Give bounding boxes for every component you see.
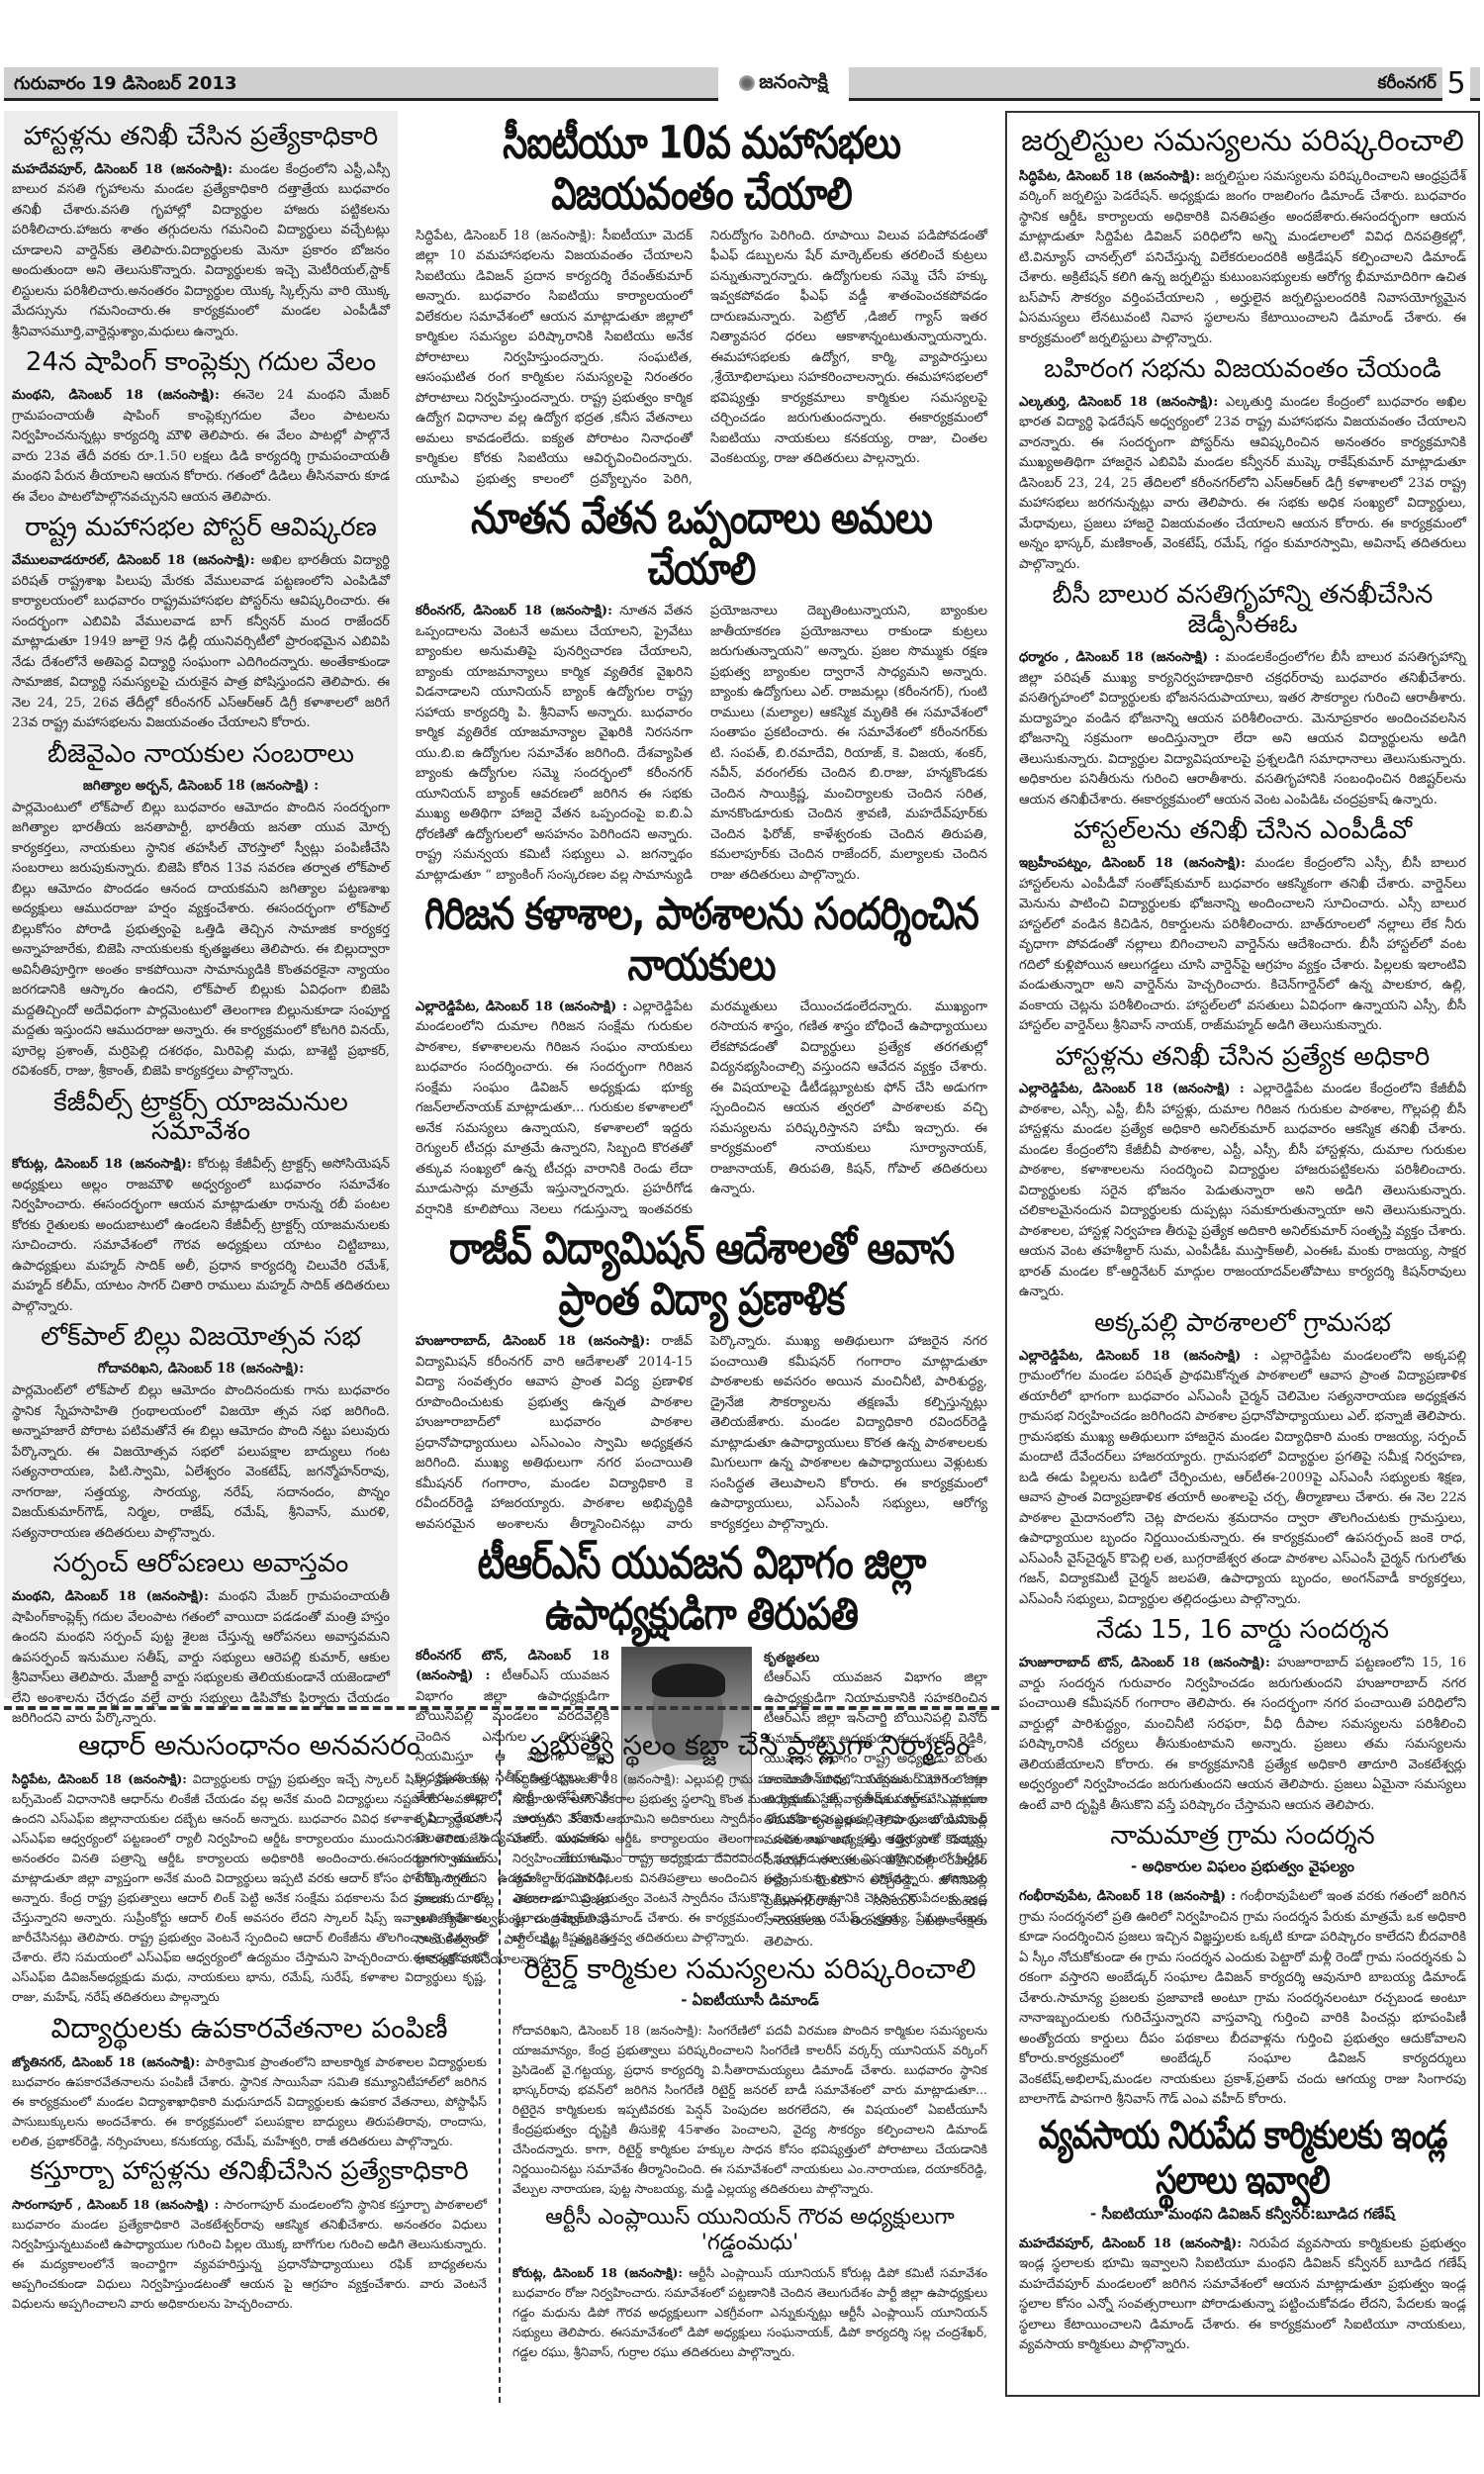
headline: విద్యార్థులకు ఉపకారవేతనాల పంపిణీ [12,2013,487,2045]
dateline: ఇబ్రహీంపట్నం, డిసెంబర్ 18 (జనంసాక్షి): [1019,856,1246,871]
right-column: జర్నలిస్టుల సమస్యలను పరిష్కరించాలి సిద్ధ… [1005,111,1480,2397]
bottom-left-column: ఆధార్ అనుసంధానం అనవసరం సిద్ధిపేట, డిసెంబ… [4,1720,495,2403]
dateline: జ్యోతినగర్, డిసెంబర్ 18 (జనంసాక్షి): [12,2054,200,2069]
article-body: పార్లమెంటులో లోక్‌పాల్ బిల్లు బుధవారం ఆమ… [12,799,390,1083]
dateline: గంభీరావుపేట, డిసెంబర్ 18 (జనంసాక్షి) : [1019,1889,1236,1904]
article-house-sites: వ్యవసాయ నిరుపేద కార్మికులకు ఇండ్ల స్థలాల… [1019,2125,1466,2356]
dateline: కోరుట్ల, డిసెంబర్ 18 (జనంసాక్షి): [12,1157,192,1172]
article-rtc-union: ఆర్టీసీ ఎంప్లాయిస్ యునియన్ గౌరవ అధ్యక్షు… [512,2205,987,2362]
article-body: పార్లమెంట్‌లో లోక్‌పాల్ బిల్లు ఆమోదం పొం… [12,1381,390,1544]
dateline: మంథని, డిసెంబర్ 18 (జనంసాక్షి): [12,388,220,403]
headline: నామమాత్ర గ్రామ సందర్శన [1019,1822,1466,1852]
headline: ఆధార్ అనుసంధానం అనవసరం [12,1730,487,1761]
headline: కస్తూర్బా హాస్టళ్లను తనిఖీచేసిన ప్రత్యేక… [12,2157,487,2187]
article-sarpanch-allegations: సర్పంచ్ ఆరోపణలు అవాస్తవం మంథని, డిసెంబర్… [12,1550,390,1729]
article-body: సిద్ధిపేట, డిసెంబర్ 18 (జనంసాక్షి): విద్… [12,1769,487,2007]
article-body: మహదేవపూర్, డిసెంబర్ 18 (జనంసాక్షి): నిరు… [1019,2235,1466,2356]
headline: సీఐటీయూ 10వ మహాసభలు విజయవంతం చేయాలి [416,119,987,221]
headline: హాస్టళ్లను తనిఖీ చేసిన ప్రత్యేక అధికారి [1019,1043,1466,1073]
dateline: మహదేవపూర్, డిసెంబర్ 18 (జనంసాక్షి): [1019,2236,1242,2251]
headline: బీసీ బాలుర వసతిగృహాన్ని తనఖీచేసిన జెడ్పీ… [1019,581,1466,640]
article-citu-conference: సీఐటీయూ 10వ మహాసభలు విజయవంతం చేయాలి సిద్… [416,129,987,490]
logo-text: జనంసాక్షి [759,69,828,98]
headline: రాష్ట్ర మహాసభల పోస్టర్ ఆవిష్కరణ [12,514,390,543]
dateline: సిద్ధిపేట, డిసెంబర్ 18 (జనంసాక్షి): [512,1771,680,1786]
article-journalists-issues: జర్నలిస్టుల సమస్యలను పరిష్కరించాలి సిద్ధ… [1019,125,1466,349]
bottom-right-column: ప్రభుత్వ స్థలం కబ్జా చేసి ప్లాట్లుగా నిర… [505,1720,995,2403]
dateline: హుజూరాబాద్ టౌన్, డిసెంబర్ 18 (జనంసాక్షి)… [1019,1656,1270,1670]
article-body: హుజూరాబాద్ టౌన్, డిసెంబర్ 18 (జనంసాక్షి)… [1019,1654,1466,1816]
article-body: గంభీరావుపేట, డిసెంబర్ 18 (జనంసాక్షి) : గ… [1019,1887,1466,2111]
subhead-thanks: కృతజ్ఞతలు [764,1651,819,1665]
article-tractor-owners-meeting: కేజీవీల్స్ ట్రాక్టర్స్ యాజమనుల సమావేశం క… [12,1089,390,1318]
logo-emblem-icon [739,75,755,91]
dateline: వేములవాడరూరల్, డిసెంబర్ 18 (జనంసాక్షి): [12,553,255,568]
article-ward-visit: నేడు 15, 16 వార్డు సందర్శన హుజూరాబాద్ టౌ… [1019,1616,1466,1816]
headline: వ్యవసాయ నిరుపేద కార్మికులకు ఇండ్ల స్థలాల… [1019,2114,1466,2203]
edition-city: కరీంనగర్ [1378,73,1438,97]
headline: రాజీవ్ విద్యామిషన్ ఆదేశాలతో ఆవాస ప్రాంత … [416,1224,987,1326]
article-body: కరీంనగర్, డిసెంబర్ 18 (జనంసాక్షి): నూతన … [416,602,987,886]
article-poster-launch: రాష్ట్ర మహాసభల పోస్టర్ ఆవిష్కరణ వేములవాడ… [12,514,390,733]
article-body: ఎల్లారెడ్డిపేట, డిసెంబర్ 18 (జనంసాక్షి) … [416,998,987,1221]
article-mpdo-hostel-inspection: హాస్టల్‌లను తనిఖీ చేసిన ఎంపీడీవో ఇబ్రహీం… [1019,816,1466,1036]
article-lokpal-celebration: లోక్‌పాల్ బిల్లు విజయోత్సవ సభ గోదావరిఖని… [12,1323,390,1544]
dateline: ధర్మారం , డిసెంబర్ 18 (జనంసాక్షి) : [1019,650,1220,665]
article-body: సిద్ధిపేట, డిసెంబర్ 18 (జనంసాక్షి): జర్న… [1019,167,1466,350]
article-aadhaar-linkage: ఆధార్ అనుసంధానం అనవసరం సిద్ధిపేట, డిసెంబ… [12,1730,487,2007]
article-nominal-village-visit: నామమాత్ర గ్రామ సందర్శన - అధికారుల విఫలం … [1019,1822,1466,2110]
article-body: వేములవాడరూరల్, డిసెంబర్ 18 (జనంసాక్షి): … [12,551,390,734]
article-body: ఎల్లారెడ్డిపేట, డిసెంబర్ 18 (జనంసాక్షి) … [1019,1080,1466,1303]
article-body: హుజూరాబాద్, డిసెంబర్ 18 (జనంసాక్షి): రాజ… [416,1332,987,1535]
dateline: ఎల్లారెడ్డిపేట, డిసెంబర్ 18 (జనంసాక్షి) … [1019,1349,1258,1364]
dateline: కోరుట్ల, డిసెంబర్ 18 (జనంసాక్షి): [512,2265,683,2280]
article-body: మంథని, డిసెంబర్ 18 (జనంసాక్షి): ఈనెల 24 … [12,386,390,508]
article-body: గోదావరిఖని, డిసెంబర్ 18 (జనంసాక్షి): సిం… [512,2021,987,2199]
headline: ఆర్టీసీ ఎంప్లాయిస్ యునియన్ గౌరవ అధ్యక్షు… [512,2205,987,2255]
article-hostel-inspection: హాస్టళ్లను తనిఖీ చేసిన ప్రత్యేకాధికారి మ… [12,123,390,342]
dateline: సిద్ధిపేట, డిసెంబర్ 18 (జనంసాక్షి): [416,229,596,243]
article-body: ఎల్లారెడ్డిపేట, డిసెంబర్ 18 (జనంసాక్షి) … [1019,1347,1466,1611]
dateline: మంథని, డిసెంబర్ 18 (జనంసాక్షి): [12,1589,209,1604]
headline: 24న షాపింగ్ కాంప్లెక్సు గదుల వేలం [12,348,390,378]
article-kasturba-hostel: కస్తూర్బా హాస్టళ్లను తనిఖీచేసిన ప్రత్యేక… [12,2157,487,2314]
subheadline: - సీఐటియూ మంథని డివిజన్ కన్వీనర్:బూడిద గ… [1019,2205,1466,2227]
dateline: ఎల్కతుర్తి, డిసెంబర్ 18 (జనంసాక్షి): [1019,395,1218,410]
article-body: కోరుట్ల, డిసెంబర్ 18 (జనంసాక్షి): కోరుట్… [12,1155,390,1317]
article-bc-hostel-zpceo: బీసీ బాలుర వసతిగృహాన్ని తనఖీచేసిన జెడ్పీ… [1019,581,1466,810]
article-scholarship-distribution: విద్యార్థులకు ఉపకారవేతనాల పంపిణీ జ్యోతిన… [12,2013,487,2151]
subheadline: - అధికారుల విఫలం ప్రభుత్వం వైఫల్యం [1019,1857,1466,1879]
headline: లోక్‌పాల్ బిల్లు విజయోత్సవ సభ [12,1323,390,1353]
headline: ప్రభుత్వ స్థలం కబ్జా చేసి ప్లాట్లుగా నిర… [512,1730,987,1761]
article-body: జ్యోతినగర్, డిసెంబర్ 18 (జనంసాక్షి): పార… [12,2052,487,2151]
article-body: ఇబ్రహీంపట్నం, డిసెంబర్ 18 (జనంసాక్షి): మ… [1019,854,1466,1037]
article-public-meeting: బహిరంగ సభను విజయవంతం చేయండి ఎల్కతుర్తి, … [1019,355,1466,575]
headline: అక్కపల్లి పాఠశాలలో గ్రామసభ [1019,1309,1466,1339]
dateline: ఎల్లారెడ్డిపేట, డిసెంబర్ 18 (జనంసాక్షి) … [1019,1082,1245,1096]
dateline: గోదావరిఖని, డిసెంబర్ 18 (జనంసాక్షి): [12,1361,390,1380]
article-special-officer-hostels: హాస్టళ్లను తనిఖీ చేసిన ప్రత్యేక అధికారి … [1019,1043,1466,1303]
article-shopping-complex-auction: 24న షాపింగ్ కాంప్లెక్సు గదుల వేలం మంథని,… [12,348,390,508]
article-body: ఎల్కతుర్తి, డిసెంబర్ 18 (జనంసాక్షి): ఎల్… [1019,393,1466,576]
article-body: సిద్ధిపేట, డిసెంబర్ 18 (జనంసాక్షి): సీఐట… [416,227,987,491]
headline: బీజెవైఎం నాయకుల సంబరాలు [12,740,390,770]
vertical-dashed-divider [499,1720,501,2403]
headline: హాస్టళ్లను తనిఖీ చేసిన ప్రత్యేకాధికారి [12,123,390,152]
newspaper-logo: జనంసాక్షి [718,65,849,101]
article-body: ధర్మారం , డిసెంబర్ 18 (జనంసాక్షి) : మండల… [1019,648,1466,810]
headline: హాస్టల్‌లను తనిఖీ చేసిన ఎంపీడీవో [1019,816,1466,846]
headline: కేజీవీల్స్ ట్రాక్టర్స్ యాజమనుల సమావేశం [12,1089,390,1148]
subheadline: - ఏఐటీయూసీ డిమాండ్ [512,1991,987,2013]
dateline: సారంగాపూర్ , డిసెంబర్ 18 (జనంసాక్షి) : [12,2197,219,2212]
headline: రిటైర్డ్ కార్మికుల సమస్యలను పరిష్కరించాల… [512,1953,987,1985]
article-govt-land-encroachment: ప్రభుత్వ స్థలం కబ్జా చేసి ప్లాట్లుగా నిర… [512,1730,987,1948]
middle-column: సీఐటీయూ 10వ మహాసభలు విజయవంతం చేయాలి సిద్… [408,111,995,1698]
article-body: కోరుట్ల, డిసెంబర్ 18 (జనంసాక్షి): ఆర్టీస… [512,2263,987,2362]
dateline: హుజూరాబాద్, డిసెంబర్ 18 (జనంసాక్షి): [416,1334,650,1349]
article-tribal-college-visit: గిరిజన కళాశాల, పాఠశాలను సందర్శించిన నాయక… [416,900,987,1220]
issue-date: గురువారం 19 డిసెంబర్ 2013 [14,73,237,98]
dateline: కరీంనగర్, డిసెంబర్ 18 (జనంసాక్షి): [416,604,612,618]
dateline: సిద్ధిపేట, డిసెంబర్ 18 (జనంసాక్షి): [12,1771,187,1786]
photo-hair [652,1664,725,1697]
dateline: మహదేవపూర్, డిసెంబర్ 18 (జనంసాక్షి): [12,162,232,177]
dateline: ఎల్లారెడ్డిపేట, డిసెంబర్ 18 (జనంసాక్షి) … [416,999,627,1014]
dateline: గోదావరిఖని, డిసెంబర్ 18 (జనంసాక్షి): [512,2023,702,2038]
article-wage-agreements: నూతన వేతన ఒప్పందాలు అమలు చేయాలి కరీంనగర్… [416,504,987,886]
dateline: సిద్ధిపేట, డిసెంబర్ 18 (జనంసాక్షి): [1019,169,1200,184]
dateline: జగిత్యాల అర్బన్, డిసెంబర్ 18 (జనంసాక్షి)… [12,778,390,797]
headline: బహిరంగ సభను విజయవంతం చేయండి [1019,355,1466,385]
headline: టీఆర్ఎస్ యువజన విభాగం జిల్లా ఉపాధ్యక్షుడ… [416,1539,987,1641]
article-rajiv-vidya-mission: రాజీవ్ విద్యామిషన్ ఆదేశాలతో ఆవాస ప్రాంత … [416,1234,987,1535]
left-column: హాస్టళ్లను తనిఖీ చేసిన ప్రత్యేకాధికారి మ… [4,111,398,1698]
page-number: 5 [1442,65,1470,101]
article-body: మహదేవపూర్, డిసెంబర్ 18 (జనంసాక్షి): మండల… [12,160,390,343]
article-body: సిద్ధిపేట, డిసెంబర్ 18 (జనంసాక్షి): ఎల్ల… [512,1769,987,1948]
headline: నేడు 15, 16 వార్డు సందర్శన [1019,1616,1466,1646]
horizontal-dashed-divider [4,1706,999,1710]
article-akkapalli-gramasabha: అక్కపల్లి పాఠశాలలో గ్రామసభ ఎల్లారెడ్డిపే… [1019,1309,1466,1610]
headline: జర్నలిస్టుల సమస్యలను పరిష్కరించాలి [1019,125,1466,159]
headline: గిరిజన కళాశాల, పాఠశాలను సందర్శించిన నాయక… [416,890,987,992]
article-bjym-celebrations: బీజెవైఎం నాయకుల సంబరాలు జగిత్యాల అర్బన్,… [12,740,390,1083]
article-retired-workers: రిటైర్డ్ కార్మికుల సమస్యలను పరిష్కరించాల… [512,1953,987,2199]
masthead: గురువారం 19 డిసెంబర్ 2013 జనంసాక్షి కరీం… [4,67,1480,101]
headline: నూతన వేతన ఒప్పందాలు అమలు చేయాలి [416,494,987,596]
article-body: సారంగాపూర్ , డిసెంబర్ 18 (జనంసాక్షి) : స… [12,2195,487,2314]
headline: సర్పంచ్ ఆరోపణలు అవాస్తవం [12,1550,390,1579]
